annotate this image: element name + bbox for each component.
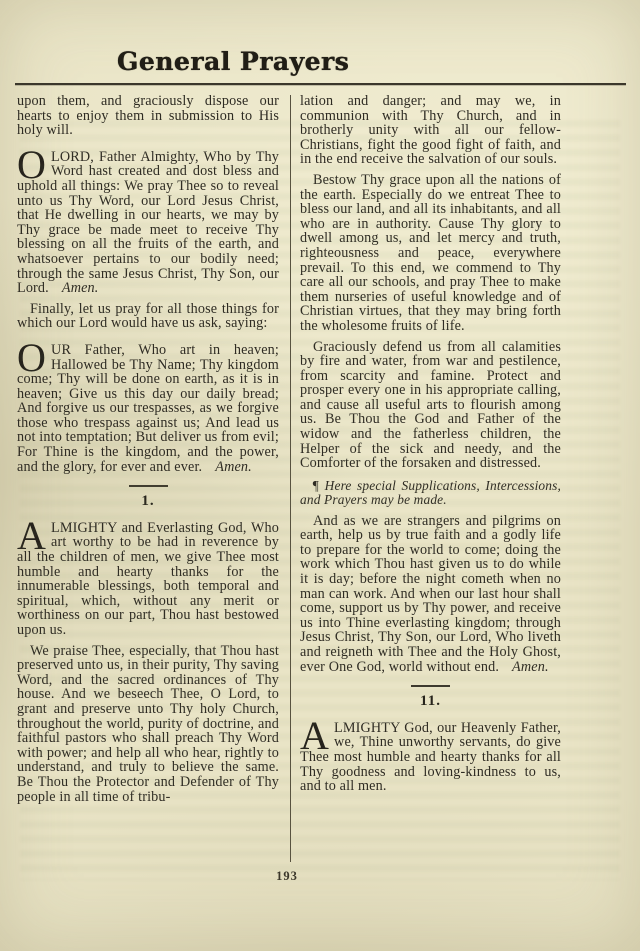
section-number: 11.	[300, 694, 561, 709]
amen-text: Amen.	[215, 459, 252, 475]
column-divider	[290, 95, 291, 862]
paragraph: And as we are strangers and pilgrims on …	[300, 514, 561, 675]
scanned-book-page: General Prayers upon them, and graciousl…	[0, 0, 640, 951]
section-rule	[411, 685, 450, 687]
prayer-paragraph: OLORD, Father Almighty, Who by Thy Word …	[17, 150, 279, 296]
paragraph: Graciously defend us from all calamities…	[300, 340, 561, 471]
header-rule	[15, 83, 626, 85]
paragraph: lation and danger; and may we, in commun…	[300, 94, 561, 167]
paragraph: Finally, let us pray for all those thing…	[17, 302, 279, 331]
section-number: 1.	[17, 494, 279, 509]
paragraph: We praise Thee, especially, that Thou ha…	[17, 644, 279, 805]
drop-cap-letter: O	[17, 151, 46, 179]
paragraph: Bestow Thy grace upon all the nations of…	[300, 173, 561, 334]
amen-text: Amen.	[512, 659, 549, 675]
prayer-paragraph: ALMIGHTY God, our Heavenly Father, we, T…	[300, 721, 561, 794]
paragraph: upon them, and graciously dispose our he…	[17, 94, 279, 138]
prayer-paragraph: ALMIGHTY and Everlasting God, Who art wo…	[17, 521, 279, 638]
amen-text: Amen.	[62, 280, 99, 296]
drop-cap-letter: A	[300, 722, 329, 750]
right-column: lation and danger; and may we, in commun…	[300, 94, 561, 794]
section-rule	[129, 485, 168, 487]
drop-cap-letter: A	[17, 522, 46, 550]
left-column: upon them, and graciously dispose our he…	[17, 94, 279, 804]
rubric-note: ¶ Here special Supplications, Intercessi…	[300, 479, 561, 508]
prayer-paragraph: OUR Father, Who art in heaven; Hallowed …	[17, 343, 279, 474]
page-title: General Prayers	[117, 47, 349, 76]
page-number: 193	[276, 869, 298, 884]
drop-cap-letter: O	[17, 344, 46, 372]
